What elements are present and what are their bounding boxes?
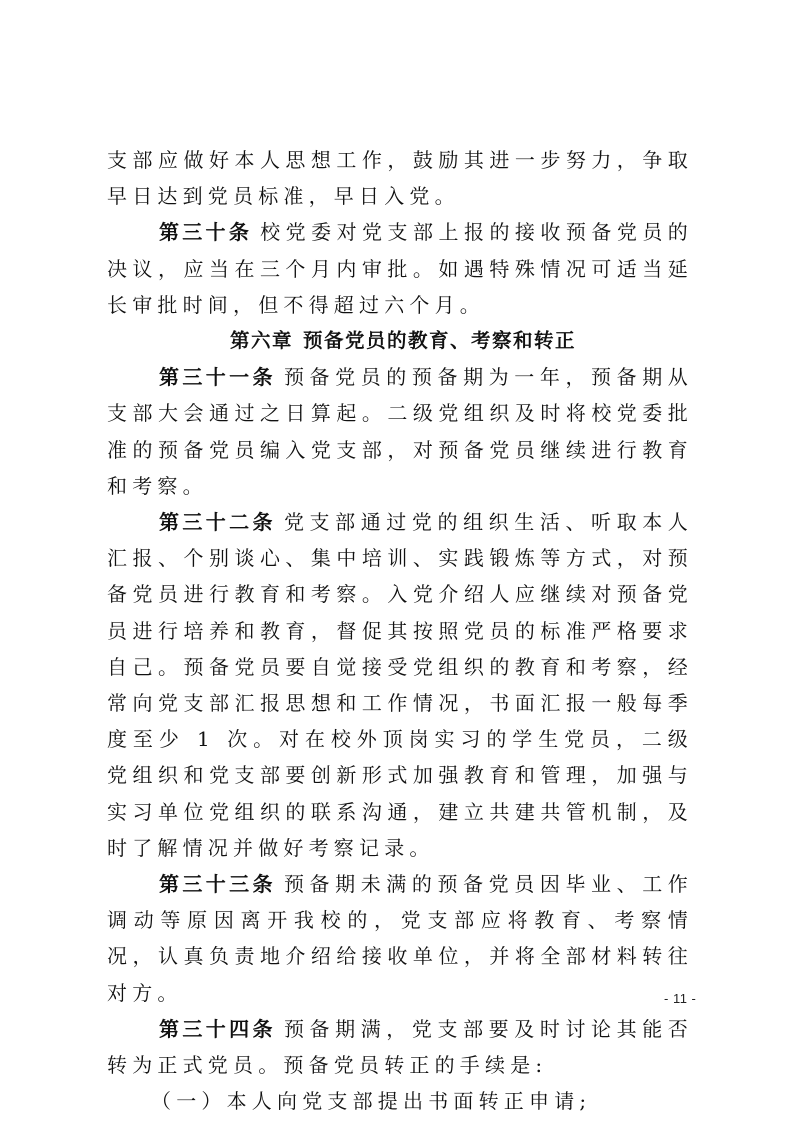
article-number: 第三十一条 bbox=[159, 365, 276, 389]
article-32: 第三十二条党支部通过党的组织生活、听取本人汇报、个别谈心、集中培训、实践锻炼等方… bbox=[107, 504, 693, 866]
article-text: 党支部通过党的组织生活、听取本人汇报、个别谈心、集中培训、实践锻炼等方式，对预备… bbox=[107, 510, 693, 860]
article-number: 第三十四条 bbox=[159, 1017, 276, 1041]
article-30: 第三十条校党委对党支部上报的接收预备党员的决议，应当在三个月内审批。如遇特殊情况… bbox=[107, 214, 693, 323]
document-body: 支部应做好本人思想工作，鼓励其进一步努力，争取早日达到党员标准，早日入党。 第三… bbox=[107, 142, 693, 1119]
article-33: 第三十三条预备期未满的预备党员因毕业、工作调动等原因离开我校的，党支部应将教育、… bbox=[107, 866, 693, 1011]
article-number: 第三十条 bbox=[159, 220, 252, 244]
article-number: 第三十二条 bbox=[159, 510, 276, 534]
chapter-title-text: 预备党员的教育、考察和转正 bbox=[303, 329, 576, 352]
chapter-heading: 第六章预备党员的教育、考察和转正 bbox=[107, 323, 693, 359]
page-number: - 11 - bbox=[664, 991, 696, 1006]
list-item-1: （一）本人向党支部提出书面转正申请; bbox=[107, 1083, 693, 1119]
article-number: 第三十三条 bbox=[159, 872, 276, 896]
paragraph-continuation: 支部应做好本人思想工作，鼓励其进一步努力，争取早日达到党员标准，早日入党。 bbox=[107, 142, 693, 214]
chapter-number: 第六章 bbox=[230, 329, 293, 352]
article-31: 第三十一条预备党员的预备期为一年，预备期从支部大会通过之日算起。二级党组织及时将… bbox=[107, 359, 693, 504]
document-page: 支部应做好本人思想工作，鼓励其进一步努力，争取早日达到党员标准，早日入党。 第三… bbox=[0, 0, 794, 1123]
article-34: 第三十四条预备期满，党支部要及时讨论其能否转为正式党员。预备党员转正的手续是: bbox=[107, 1011, 693, 1083]
